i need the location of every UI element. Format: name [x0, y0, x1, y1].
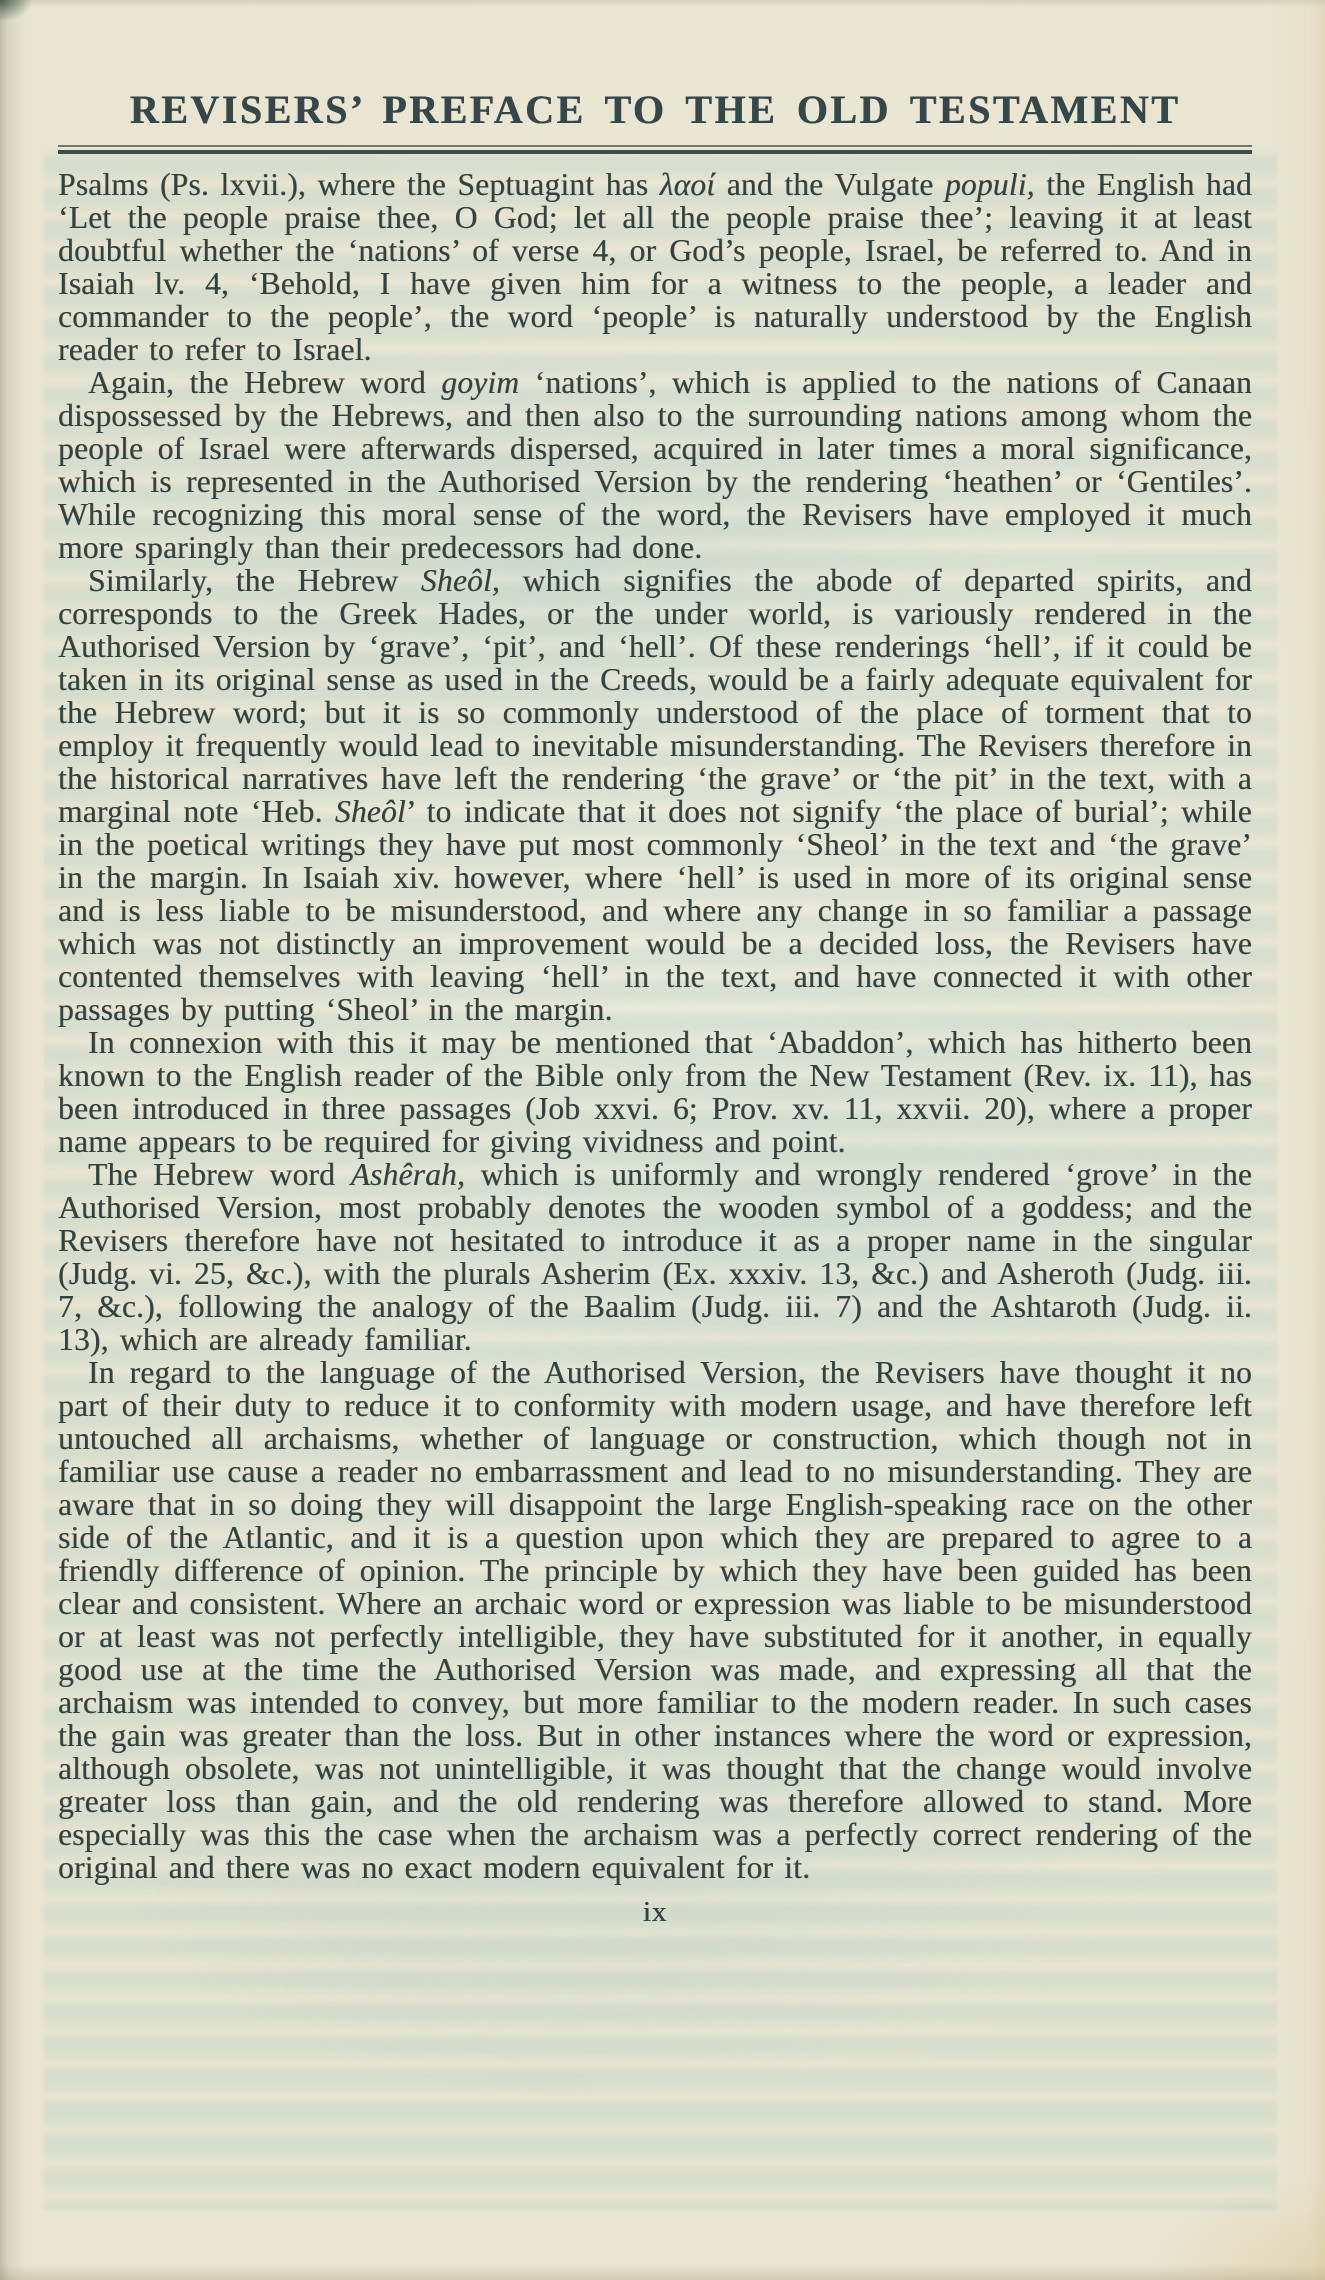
italic-term: populi, — [945, 167, 1035, 202]
italic-term: Sheôl — [335, 794, 406, 829]
paragraph: Psalms (Ps. lxvii.), where the Septuagin… — [58, 168, 1252, 366]
preface-body: Psalms (Ps. lxvii.), where the Septuagin… — [58, 168, 1252, 1884]
scanned-book-page: REVISERS’ PREFACE TO THE OLD TESTAMENT P… — [0, 0, 1325, 2280]
paragraph: Similarly, the Hebrew Sheôl, which signi… — [58, 564, 1252, 1026]
page-number: ix — [58, 1896, 1252, 1929]
italic-term: goyim — [441, 365, 519, 400]
italic-term: Ashêrah, — [351, 1157, 465, 1192]
paragraph: In regard to the language of the Authori… — [58, 1356, 1252, 1884]
italic-term: Sheôl, — [421, 563, 500, 598]
page-content: REVISERS’ PREFACE TO THE OLD TESTAMENT P… — [58, 86, 1252, 1929]
page-title: REVISERS’ PREFACE TO THE OLD TESTAMENT — [58, 86, 1252, 133]
title-double-rule — [58, 145, 1252, 154]
greek-term: λαοί — [660, 167, 715, 202]
paragraph: Again, the Hebrew word goyim ‘nations’, … — [58, 366, 1252, 564]
paragraph: In connexion with this it may be mention… — [58, 1026, 1252, 1158]
paragraph: The Hebrew word Ashêrah, which is unifor… — [58, 1158, 1252, 1356]
scan-edge-shadow — [0, 0, 46, 30]
